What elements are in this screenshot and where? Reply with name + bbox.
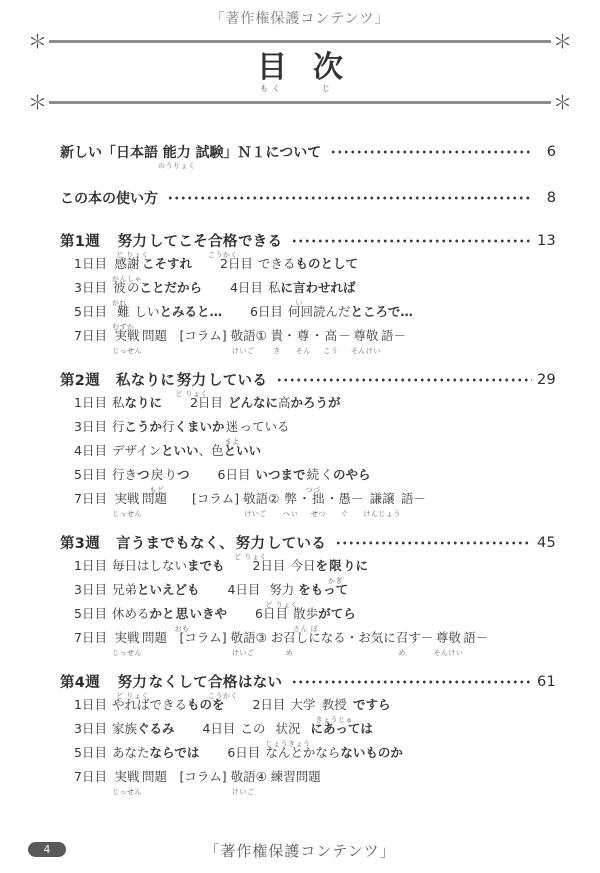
- base-text: 実戦: [112, 765, 142, 788]
- text-with-furigana: 彼かれ: [112, 276, 127, 299]
- text-run: やればできる: [112, 693, 187, 716]
- text-with-furigana: 合格こうかく: [208, 230, 238, 251]
- base-text: といえども: [137, 578, 200, 601]
- day-row: 5日目あなたならでは6日目なんとかならないものか: [60, 741, 556, 764]
- base-text: す－: [408, 626, 433, 649]
- base-text: [コラム]: [167, 765, 231, 788]
- day-label: 5日目: [74, 304, 107, 319]
- day-item: 2日目できるものとして: [220, 256, 358, 271]
- day-item: 6日目なんとかならないものか: [227, 745, 402, 760]
- text-run: いつまで: [255, 463, 305, 486]
- base-text: 努力: [116, 230, 149, 251]
- text-run: 、色: [199, 439, 224, 462]
- day-label: 7日目: [74, 769, 107, 784]
- day-label: 7日目: [74, 630, 107, 645]
- text-run: できる: [258, 252, 296, 275]
- day-item: 5日目行きつ戻もどりつ: [74, 467, 190, 482]
- base-text: ですら: [353, 693, 391, 716]
- base-text: こそすれ: [142, 252, 192, 275]
- entry-title: この本の使い方: [60, 188, 158, 208]
- text-with-furigana: 能力のうりょく: [158, 142, 196, 162]
- text-run: している: [267, 532, 326, 553]
- decorative-rule-bottom: ＊ ＊: [28, 93, 572, 112]
- day-label: 2日目: [190, 395, 223, 410]
- week-section: 第3週言うまでもなく、努力ど りょくしている451日目毎日はしないまでも2日目今…: [60, 532, 556, 649]
- dot-leader: [291, 237, 532, 245]
- text-run: ④ 練習問題: [256, 765, 321, 788]
- day-label: 4日目: [227, 582, 260, 597]
- text-run: ならでは: [149, 741, 199, 764]
- text-run: 行: [162, 415, 175, 438]
- day-row: 4日目デザインといい、色といい: [60, 439, 556, 462]
- day-label: 5日目: [74, 745, 107, 760]
- text-run: 行き: [112, 463, 137, 486]
- text-run: ①: [256, 324, 271, 347]
- text-run: っている: [240, 415, 290, 438]
- base-text: 新しい「日本語: [60, 142, 158, 162]
- text-run: 言うまでもなく、: [116, 532, 234, 553]
- base-text: 家族: [112, 717, 137, 740]
- text-run: ②: [268, 487, 283, 510]
- text-run: なりに: [124, 391, 162, 414]
- day-row: 1日目やればできるものを2日目大学教授きょうじゅですら: [60, 693, 556, 716]
- text-run: 語－: [463, 626, 488, 649]
- base-text: 尊敬: [351, 324, 381, 347]
- day-row: 1日目私なりに2日目どんなに高かろうが: [60, 391, 556, 414]
- base-text: 難: [112, 300, 135, 323]
- base-text: 実戦: [112, 487, 142, 510]
- base-text: 何回読んだ: [288, 300, 351, 323]
- copyright-notice-top: 「著作権保護コンテンツ」: [0, 8, 600, 28]
- base-text: 拙: [311, 487, 326, 510]
- text-run: しになる・お気に: [296, 626, 396, 649]
- text-run: 語－: [381, 324, 406, 347]
- base-text: 問題: [142, 324, 167, 347]
- text-run: くまいか: [175, 415, 225, 438]
- text-with-furigana: 貴き: [271, 324, 284, 347]
- text-run: 高: [278, 391, 291, 414]
- text-run: がてら: [318, 602, 356, 625]
- day-row: 3日目家族ぐるみ4日目この状況じょうきょうにあっては: [60, 717, 556, 740]
- decorative-rule-top: ＊ ＊: [28, 32, 572, 51]
- text-run: 問題: [142, 324, 167, 347]
- text-with-furigana: 弊へい: [283, 487, 298, 510]
- day-row: 1日目感謝かんしゃこそすれ2日目できるものとして: [60, 252, 556, 275]
- base-text: あなた: [112, 741, 150, 764]
- text-with-furigana: 実戦じっせん: [112, 487, 142, 510]
- day-row: 5日目難むずかしいとみると…6日目何回読んだところで…: [60, 300, 556, 323]
- day-item: 1日目やればできるものを: [74, 697, 224, 712]
- base-text: 限: [328, 554, 343, 577]
- text-with-furigana: 努力ど りょく: [116, 230, 149, 251]
- base-text: 兄弟: [112, 578, 137, 601]
- text-with-furigana: 教授きょうじゅ: [315, 693, 353, 716]
- text-with-furigana: 高こう: [323, 324, 338, 347]
- base-text: 謙譲: [363, 487, 401, 510]
- base-text: 大学: [290, 693, 315, 716]
- text-run: ③ お: [256, 626, 284, 649]
- base-text: 休める: [112, 602, 150, 625]
- text-run: ・: [326, 487, 339, 510]
- text-run: [コラム]: [167, 487, 243, 510]
- base-text: 思: [174, 602, 189, 625]
- text-with-furigana: 努力ど りょく: [116, 671, 149, 692]
- base-text: 問題: [142, 626, 167, 649]
- text-run: 新しい「日本語: [60, 142, 158, 162]
- text-with-furigana: 召め: [283, 626, 296, 649]
- base-text: ことだから: [139, 276, 202, 299]
- base-text: ぐるみ: [137, 717, 175, 740]
- text-run: できる: [238, 230, 282, 251]
- base-text: にあっては: [310, 717, 372, 740]
- day-label: 2日目: [252, 558, 285, 573]
- text-with-furigana: 尊敬そんけい: [351, 324, 381, 347]
- base-text: この: [240, 717, 265, 740]
- base-text: ・: [326, 487, 339, 510]
- text-run: どんなに: [228, 391, 278, 414]
- base-text: 私: [112, 391, 125, 414]
- base-text: いきや: [189, 602, 227, 625]
- text-run: 家族: [112, 717, 137, 740]
- base-text: 戻: [149, 463, 164, 486]
- day-label: 5日目: [74, 606, 107, 621]
- text-with-furigana: 状況じょうきょう: [265, 717, 310, 740]
- text-with-furigana: 努力ど りょく: [265, 578, 298, 601]
- text-with-furigana: 散歩さん ぽ: [293, 602, 318, 625]
- text-run: 問題: [142, 765, 167, 788]
- base-text: 今日: [290, 554, 315, 577]
- text-run: ・: [298, 487, 311, 510]
- day-label: 4日目: [230, 280, 263, 295]
- day-label: 2日目: [252, 697, 285, 712]
- text-with-furigana: 続つづ: [305, 463, 320, 486]
- base-text: こうか: [124, 415, 162, 438]
- day-item: 4日目努力ど りょくをもって: [227, 582, 348, 597]
- base-text: っている: [240, 415, 290, 438]
- day-row: 7日目実戦じっせん問題 [コラム] 敬語けいご② 弊へい・拙せつ・愚ぐ－謙譲けん…: [60, 487, 556, 510]
- text-with-furigana: 拙せつ: [311, 487, 326, 510]
- day-label: 1日目: [74, 558, 107, 573]
- text-with-furigana: 言い: [293, 276, 306, 299]
- base-text: 言: [293, 276, 306, 299]
- text-run: 語－: [401, 487, 426, 510]
- text-run: とみると…: [159, 300, 222, 323]
- base-text: どんなに: [228, 391, 278, 414]
- base-text: といい: [224, 439, 262, 462]
- day-row: 7日目実戦じっせん問題 [コラム] 敬語けいご③ お召めしになる・お気に召めす－…: [60, 626, 556, 649]
- day-label: 3日目: [74, 721, 107, 736]
- text-run: 兄弟: [112, 578, 137, 601]
- text-with-furigana: 難むずか: [112, 300, 135, 323]
- day-label: 4日目: [202, 721, 235, 736]
- base-text: 努力: [116, 671, 149, 692]
- text-with-furigana: 迷まよ: [225, 415, 240, 438]
- base-text: できる: [258, 252, 296, 275]
- text-run: までも: [187, 554, 225, 577]
- base-text: く: [320, 463, 333, 486]
- day-item: 3日目行こうか行くまいか迷まよっている: [74, 419, 290, 434]
- day-label: 5日目: [74, 467, 107, 482]
- base-text: 努力: [265, 578, 298, 601]
- day-item: 2日目大学教授きょうじゅですら: [252, 697, 390, 712]
- base-text: 行き: [112, 463, 137, 486]
- day-item: 4日目デザインといい、色といい: [74, 443, 261, 458]
- text-with-furigana: 次じ: [313, 51, 343, 85]
- week-title: 努力ど りょくしてこそ合格こうかくできる: [116, 230, 282, 251]
- day-item: 4日目私に言いわせれば: [230, 280, 356, 295]
- copyright-notice-bottom: 「著作権保護コンテンツ」: [0, 840, 600, 861]
- base-text: 目: [257, 51, 287, 85]
- text-run: してこそ: [149, 230, 208, 251]
- dot-leader: [167, 194, 532, 202]
- text-run: 問題: [142, 626, 167, 649]
- base-text: 語－: [401, 487, 426, 510]
- entry-page-number: 8: [536, 190, 556, 206]
- text-run: いきや: [189, 602, 227, 625]
- text-run: 休める: [112, 602, 150, 625]
- text-run: つ: [177, 463, 190, 486]
- day-item: 5日目難むずかしいとみると…: [74, 304, 222, 319]
- week-page-number: 13: [536, 233, 556, 249]
- dot-leader: [291, 678, 532, 686]
- base-text: 高: [323, 324, 338, 347]
- entry-title: 新しい「日本語能力のうりょく試験」Ｎ１について: [60, 142, 321, 162]
- base-text: 問題: [142, 765, 167, 788]
- text-run: かと: [149, 602, 174, 625]
- text-run: している: [208, 369, 267, 390]
- text-run: 私なりに: [116, 369, 175, 390]
- base-text: ③ お: [256, 626, 284, 649]
- text-run: こそすれ: [142, 252, 192, 275]
- base-text: ・: [283, 324, 296, 347]
- base-text: りに: [343, 554, 368, 577]
- base-text: やればできる: [112, 693, 187, 716]
- day-item: 3日目家族ぐるみ: [74, 721, 174, 736]
- text-run: この: [240, 717, 265, 740]
- text-with-furigana: 実戦じっせん: [112, 626, 142, 649]
- text-run: つ: [137, 463, 150, 486]
- week-page-number: 45: [536, 535, 556, 551]
- base-text: くまいか: [175, 415, 225, 438]
- text-run: かろうが: [290, 391, 340, 414]
- base-text: ならでは: [149, 741, 199, 764]
- toc-entry: 新しい「日本語能力のうりょく試験」Ｎ１について6: [60, 142, 556, 162]
- day-label: 6日目: [255, 606, 288, 621]
- day-label: 7日目: [74, 328, 107, 343]
- asterisk-ornament-right: ＊: [553, 96, 572, 110]
- day-row: 5日目休めるかと思おもいきや6日目散歩さん ぽがてら: [60, 602, 556, 625]
- entry-page-number: 6: [536, 144, 556, 160]
- base-text: 感謝: [112, 252, 142, 275]
- text-run: りに: [343, 554, 368, 577]
- day-row: 1日目毎日はしないまでも2日目今日を限かぎりに: [60, 554, 556, 577]
- day-item: 1日目感謝かんしゃこそすれ: [74, 256, 192, 271]
- text-run: といい: [161, 439, 199, 462]
- day-item: 7日目実戦じっせん問題 [コラム] 敬語けいご③ お召めしになる・お気に召めす－…: [74, 630, 488, 645]
- base-text: を: [315, 554, 328, 577]
- day-label: 1日目: [74, 697, 107, 712]
- base-text: までも: [187, 554, 225, 577]
- day-item: 3日目彼かれのことだから: [74, 280, 202, 295]
- week-label: 第4週: [60, 671, 100, 692]
- text-run: この本の使い方: [60, 188, 158, 208]
- text-with-furigana: 努力ど りょく: [175, 369, 208, 390]
- text-run: り: [164, 463, 177, 486]
- text-run: ・: [311, 324, 324, 347]
- day-label: 4日目: [74, 443, 107, 458]
- base-text: 敬語: [231, 626, 256, 649]
- text-run: ですら: [353, 693, 391, 716]
- base-text: 語－: [463, 626, 488, 649]
- base-text: に: [280, 276, 293, 299]
- text-with-furigana: 召め: [396, 626, 409, 649]
- base-text: [コラム]: [167, 626, 231, 649]
- week-label: 第1週: [60, 230, 100, 251]
- text-run: 毎日はしない: [112, 554, 187, 577]
- text-run: 私: [112, 391, 125, 414]
- table-of-contents: 新しい「日本語能力のうりょく試験」Ｎ１について6この本の使い方8第1週努力ど り…: [0, 142, 600, 788]
- base-text: [コラム]: [167, 324, 231, 347]
- day-item: 2日目今日を限かぎりに: [252, 558, 368, 573]
- text-run: ・: [283, 324, 296, 347]
- base-text: がてら: [318, 602, 356, 625]
- base-text: 貴: [271, 324, 284, 347]
- day-item: 3日目兄弟といえども: [74, 582, 199, 597]
- base-text: り: [164, 463, 177, 486]
- base-text: －: [338, 324, 351, 347]
- base-text: 合格: [208, 230, 238, 251]
- day-label: 1日目: [74, 395, 107, 410]
- base-text: 尊: [296, 324, 311, 347]
- base-text: 続: [305, 463, 320, 486]
- text-with-furigana: 思おも: [174, 602, 189, 625]
- base-text: ものとして: [295, 252, 358, 275]
- text-run: デザイン: [112, 439, 161, 462]
- text-run: [コラム]: [167, 324, 231, 347]
- base-text: ところで…: [350, 300, 412, 323]
- day-item: 4日目この状況じょうきょうにあっては: [202, 721, 372, 736]
- text-with-furigana: 実戦じっせん: [112, 765, 142, 788]
- text-with-furigana: 尊そん: [296, 324, 311, 347]
- base-text: 実戦: [112, 626, 142, 649]
- base-text: つ: [177, 463, 190, 486]
- week-title: 私なりに努力ど りょくしている: [116, 369, 267, 390]
- text-run: 私: [268, 276, 281, 299]
- base-text: 努力: [175, 369, 208, 390]
- day-item: 7日目実戦じっせん問題 [コラム] 敬語けいご② 弊へい・拙せつ・愚ぐ－謙譲けん…: [74, 491, 426, 506]
- base-text: している: [208, 369, 267, 390]
- base-text: 敬語: [231, 324, 256, 347]
- base-text: 私: [268, 276, 281, 299]
- day-row: 3日目行こうか行くまいか迷まよっている: [60, 415, 556, 438]
- base-text: 彼: [112, 276, 127, 299]
- base-text: の: [127, 276, 140, 299]
- toc-entry: この本の使い方8: [60, 188, 556, 208]
- base-text: はない: [238, 671, 282, 692]
- day-item: 5日目休めるかと思おもいきや: [74, 606, 227, 621]
- day-row: 7日目実戦じっせん問題 [コラム] 敬語けいご④ 練習問題: [60, 765, 556, 788]
- text-run: す－: [408, 626, 433, 649]
- text-with-furigana: 努力ど りょく: [234, 532, 267, 553]
- dot-leader: [276, 376, 532, 384]
- text-with-furigana: 謙譲けんじょう: [363, 487, 401, 510]
- base-text: 実戦: [112, 324, 142, 347]
- base-text: わせれば: [305, 276, 355, 299]
- base-text: とみると…: [159, 300, 222, 323]
- base-text: している: [267, 532, 326, 553]
- day-row: 3日目彼かれのことだから4日目私に言いわせれば: [60, 276, 556, 299]
- week-label: 第2週: [60, 369, 100, 390]
- text-with-furigana: 戻もど: [149, 463, 164, 486]
- day-item: 7日目実戦じっせん問題 [コラム] 敬語けいご④ 練習問題: [74, 769, 321, 784]
- week-section: 第2週私なりに努力ど りょくしている291日目私なりに2日目どんなに高かろうが3…: [60, 369, 556, 510]
- day-label: 2日目: [220, 256, 253, 271]
- text-run: なんとかなら: [265, 741, 340, 764]
- text-run: －: [338, 324, 351, 347]
- base-text: できる: [238, 230, 282, 251]
- horizontal-rule: [49, 101, 551, 104]
- text-run: あなた: [112, 741, 150, 764]
- base-text: [コラム]: [167, 487, 243, 510]
- base-text: つ: [137, 463, 150, 486]
- week-heading: 第1週努力ど りょくしてこそ合格こうかくできる13: [60, 230, 556, 251]
- text-with-furigana: 敬語けいご: [231, 324, 256, 347]
- dot-leader: [330, 148, 532, 156]
- base-text: 試験」Ｎ１について: [196, 142, 322, 162]
- text-run: く: [320, 463, 333, 486]
- day-row: 7日目実戦じっせん問題 [コラム] 敬語けいご① 貴き・尊そん・高こう－尊敬そん…: [60, 324, 556, 347]
- base-text: 努力: [234, 532, 267, 553]
- asterisk-ornament-right: ＊: [553, 35, 572, 49]
- base-text: ①: [256, 324, 271, 347]
- day-label: 7日目: [74, 491, 107, 506]
- base-text: ・: [298, 487, 311, 510]
- day-item: 6日目何回読んだところで…: [250, 304, 413, 319]
- text-run: 今日: [290, 554, 315, 577]
- text-with-furigana: 敬語けいご: [231, 626, 256, 649]
- text-run: といえども: [137, 578, 200, 601]
- day-label: 6日目: [218, 467, 251, 482]
- base-text: してこそ: [149, 230, 208, 251]
- text-run: [コラム]: [167, 626, 231, 649]
- base-text: この本の使い方: [60, 188, 158, 208]
- text-run: の: [127, 276, 140, 299]
- day-label: 1日目: [74, 256, 107, 271]
- text-run: をもって: [298, 578, 348, 601]
- base-text: 語－: [381, 324, 406, 347]
- base-text: のやら: [333, 463, 371, 486]
- week-heading: 第3週言うまでもなく、努力ど りょくしている45: [60, 532, 556, 553]
- text-run: 行: [112, 415, 125, 438]
- base-text: かろうが: [290, 391, 340, 414]
- base-text: 行: [162, 415, 175, 438]
- text-run: 問題: [142, 487, 167, 510]
- text-run: －: [351, 487, 364, 510]
- base-text: 弊: [283, 487, 298, 510]
- text-run: を: [315, 554, 328, 577]
- base-text: いつまで: [255, 463, 305, 486]
- week-title: 努力ど りょくなくして合格こうかくはない: [116, 671, 282, 692]
- base-text: 、色: [199, 439, 224, 462]
- base-text: 迷: [225, 415, 240, 438]
- text-run: ところで…: [350, 300, 412, 323]
- horizontal-rule: [49, 40, 551, 43]
- week-page-number: 29: [536, 372, 556, 388]
- day-item: 2日目どんなに高かろうが: [190, 395, 341, 410]
- text-with-furigana: 合格こうかく: [208, 671, 238, 692]
- text-with-furigana: 敬語けいご: [243, 487, 268, 510]
- base-text: 散歩: [293, 602, 318, 625]
